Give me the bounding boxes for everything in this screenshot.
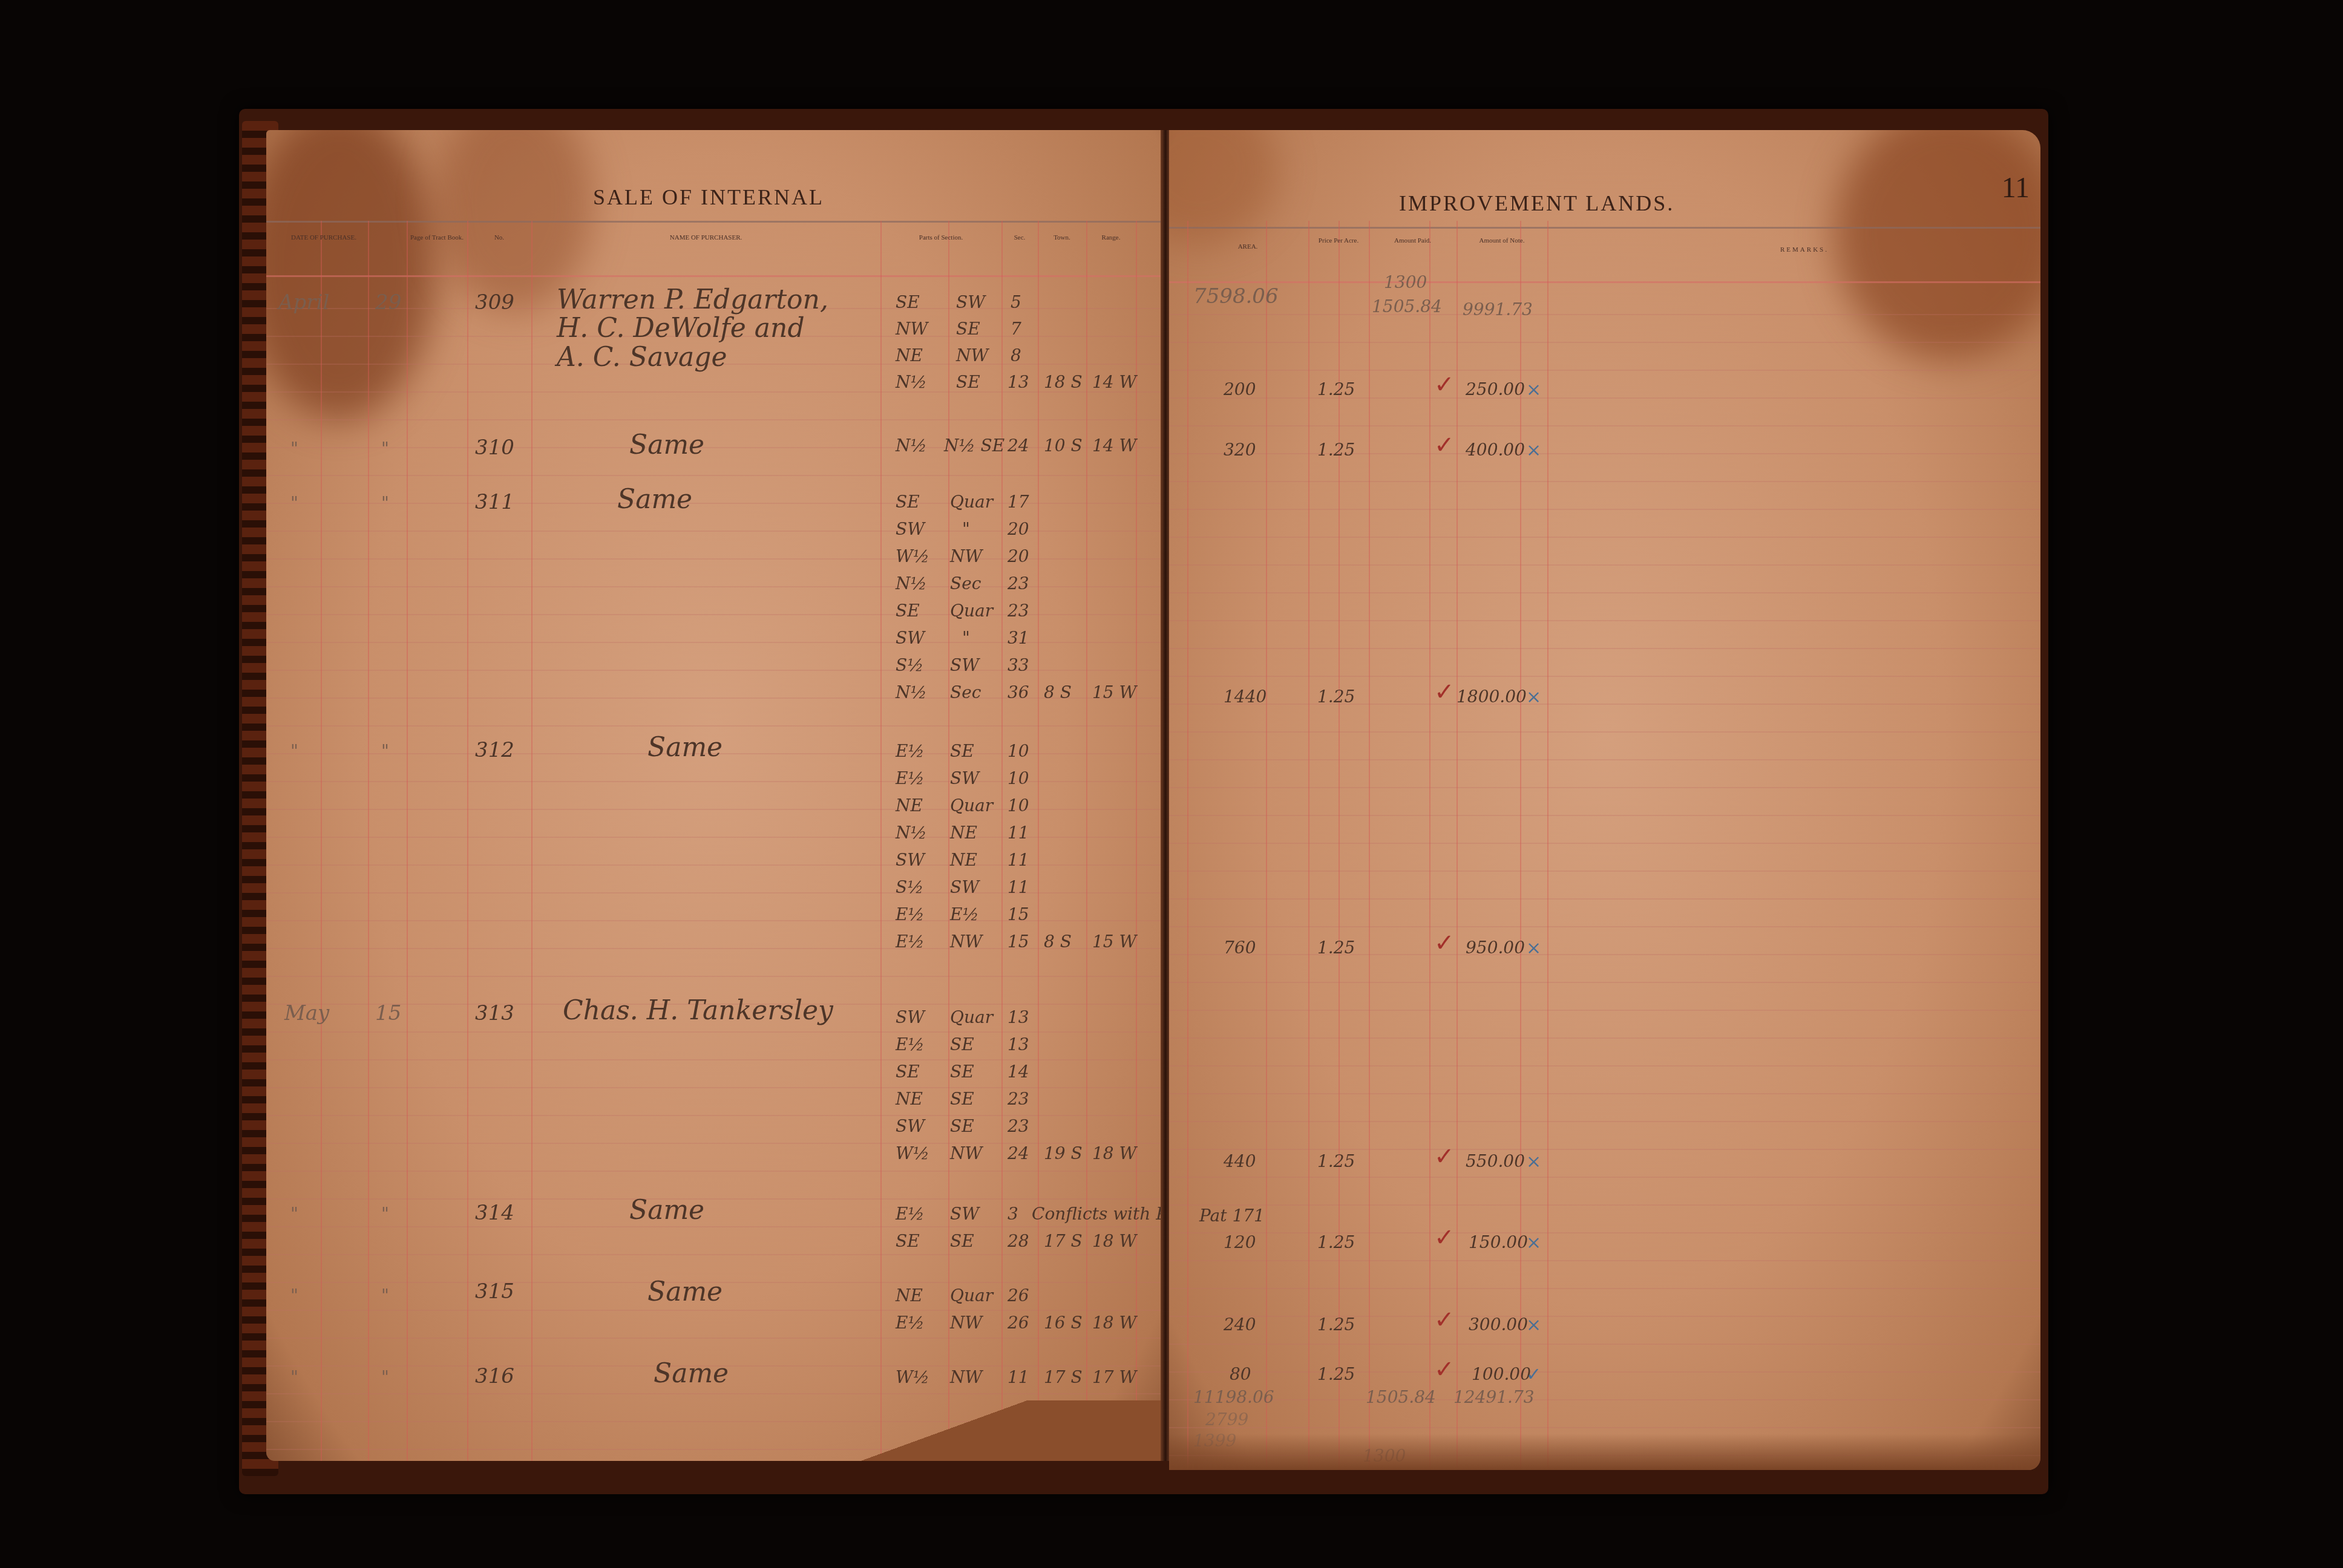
purchaser-name: H. C. DeWolfe and [557,313,805,344]
parcel-range: 15 W [1092,682,1136,702]
entry-date-month: " [290,493,298,513]
header-name: NAME OF PURCHASER. [531,233,880,243]
parcel-part: SE [896,292,920,312]
carried-note: 9991.73 [1463,299,1533,319]
purchaser-name: Chas. H. Tankersley [563,995,833,1026]
col-rule [368,221,369,1461]
parcel-quarter: Quar [950,1285,993,1305]
parcel-quarter: SE [950,1062,974,1082]
purchaser-name: Same [654,1358,729,1389]
parcel-range: 18 W [1092,1313,1136,1333]
col-rule [948,221,949,1461]
entry-no: 310 [475,436,514,460]
entry-no: 309 [475,290,514,315]
parcel-part: NE [896,1285,923,1305]
purchaser-name: A. C. Savage [557,342,727,373]
parcel-town: 18 S [1044,372,1083,392]
parcel-sec: 26 [1008,1285,1029,1305]
parcel-quarter: SW [950,655,979,675]
price-value: 1.25 [1317,440,1355,460]
header-amount-paid: Amount Paid. [1369,236,1457,246]
parcel-range: 18 W [1092,1143,1136,1163]
parcel-sec: 11 [1008,877,1029,897]
col-rule [1429,221,1430,1470]
header-parts: Parts of Section. [880,233,1001,243]
col-rule [1136,221,1137,1461]
header-amount-note: Amount of Note. [1457,236,1547,246]
parcel-sec: 11 [1008,1367,1029,1387]
header-area: AREA. [1187,242,1308,252]
parcel-part: E½ [896,904,925,924]
parcel-sec: 24 [1008,436,1029,456]
parcel-part: N½ [896,573,927,593]
entry-date-month: " [290,1285,298,1305]
parcel-quarter: SE [950,1089,974,1109]
col-rule [1086,221,1087,1461]
parcel-sec: 13 [1008,372,1029,392]
col-rule [1457,221,1458,1470]
parcel-quarter: SE [950,1034,974,1054]
parcel-quarter: Sec [950,682,981,702]
red-check-mark: ✓ [1434,1224,1455,1252]
parcel-quarter: SE [956,372,980,392]
parcel-part: SW [896,1116,925,1136]
right-page: IMPROVEMENT LANDS. 11 AREA. Price Per Ac… [1169,130,2040,1470]
price-value: 1.25 [1317,1232,1355,1252]
parcel-quarter: NE [950,850,977,870]
parcel-quarter: NW [950,1367,982,1387]
col-rule [1038,221,1039,1461]
rule-header [1169,281,2040,283]
parcel-quarter: SE [950,1231,974,1251]
entry-date-month: April [278,290,329,315]
entry-date-day: " [381,439,389,459]
entry-date-month: " [290,439,298,459]
red-check-mark: ✓ [1434,431,1455,459]
parcel-part: W½ [896,1367,929,1387]
col-rule [1187,221,1188,1470]
header-remarks: REMARKS. [1714,245,1895,255]
parcel-sec: 11 [1008,850,1029,870]
parcel-quarter: NW [950,1313,982,1333]
parcel-sec: 15 [1008,932,1029,952]
parcel-quarter: " [962,628,970,648]
red-check-mark: ✓ [1434,1143,1455,1171]
rule-header [266,275,1163,277]
parcel-sec: 36 [1008,682,1029,702]
parcel-part: SW [896,628,925,648]
red-check-mark: ✓ [1434,371,1455,399]
margin-note-pat: Pat 171 [1199,1206,1265,1226]
parcel-quarter: SW [950,877,979,897]
parcel-range: 14 W [1092,372,1136,392]
parcel-part: NE [896,345,923,365]
entry-date-month: " [290,1204,298,1224]
parcel-part: N½ [896,682,927,702]
col-rule [1520,221,1521,1470]
carried-paid-top: 1300 [1384,272,1427,292]
total-area: 11198.06 [1193,1387,1274,1407]
header-price: Price Per Acre. [1308,236,1369,246]
area-value: 320 [1224,440,1256,460]
parcel-sec: 13 [1008,1007,1029,1027]
col-rule [880,221,882,1461]
purchaser-name: Same [647,1276,723,1307]
parcel-part: SE [896,492,920,512]
parcel-quarter: SW [950,1204,979,1224]
parcel-part: N½ [896,823,927,843]
parcel-sec: 20 [1008,519,1029,539]
price-value: 1.25 [1317,1315,1355,1334]
entry-no: 312 [475,738,514,762]
parcel-sec: 13 [1008,1034,1029,1054]
note-amount: 100.00 [1472,1364,1531,1384]
blue-x-mark: × [1526,379,1541,400]
entry-date-day: " [381,741,389,761]
header-sec: Sec. [1001,233,1038,243]
parcel-quarter: " [962,519,970,539]
header-range: Range. [1086,233,1136,243]
parcel-quarter: Quar [950,1007,993,1027]
purchaser-name: Same [629,1195,704,1226]
parcel-sec: 3 [1008,1204,1018,1224]
parcel-quarter: NW [956,345,988,365]
area-value: 760 [1224,938,1256,958]
left-page: SALE OF INTERNAL DATE OF PURCHASE. Page … [266,130,1163,1461]
parcel-part: S½ [896,655,923,675]
price-value: 1.25 [1317,687,1355,707]
blue-x-mark: ✓ [1526,1364,1541,1385]
area-value: 240 [1224,1315,1256,1334]
parcel-town: 17 S [1044,1367,1083,1387]
area-value: 440 [1224,1151,1256,1171]
torn-page-corner [726,1400,1162,1461]
parcel-sec: 23 [1008,1089,1029,1109]
parcel-town: 8 S [1044,932,1072,952]
note-amount: 950.00 [1466,938,1525,958]
parcel-quarter: SE [950,741,974,761]
header-tract-page: Page of Tract Book. [407,233,467,243]
parcel-part: N½ [896,372,927,392]
parcel-quarter: Quar [950,601,993,621]
blue-x-mark: × [1526,1151,1541,1172]
faint-subtotal: 2799 [1205,1410,1248,1429]
col-rule [531,221,532,1461]
price-value: 1.25 [1317,1364,1355,1384]
red-check-mark: ✓ [1434,1356,1455,1383]
parcel-sec: 31 [1008,628,1029,648]
blue-x-mark: × [1526,1315,1541,1336]
parcel-quarter: NE [950,823,977,843]
parcel-sec: 23 [1008,1116,1029,1136]
parcel-part: E½ [896,932,925,952]
entry-date-day: 29 [375,290,401,315]
parcel-sec: 28 [1008,1231,1029,1251]
parcel-sec: 5 [1011,292,1021,312]
page-title-left: SALE OF INTERNAL [593,185,824,210]
area-value: 120 [1224,1232,1256,1252]
parcel-quarter: NW [950,546,982,566]
parcel-part: N½ [896,436,927,456]
note-amount: 250.00 [1466,379,1525,399]
red-check-mark: ✓ [1434,1306,1455,1334]
area-value: 200 [1224,379,1256,399]
parcel-sec: 26 [1008,1313,1029,1333]
parcel-part: E½ [896,1204,925,1224]
parcel-sec: 10 [1008,768,1029,788]
parcel-part: W½ [896,546,929,566]
parcel-range: 15 W [1092,932,1136,952]
parcel-part: E½ [896,768,925,788]
header-town: Town. [1038,233,1086,243]
parcel-part: NW [896,319,928,339]
parcel-part: E½ [896,1034,925,1054]
note-amount: 1800.00 [1457,687,1527,707]
blue-x-mark: × [1526,1232,1541,1253]
entry-date-day: " [381,1204,389,1224]
page-title-right: IMPROVEMENT LANDS. [1399,191,1674,216]
col-rule [1339,221,1340,1470]
parcel-part: NE [896,1089,923,1109]
total-note: 12491.73 [1453,1387,1535,1407]
parcel-quarter: E½ [950,904,979,924]
parcel-sec: 33 [1008,655,1029,675]
note-amount: 150.00 [1469,1232,1528,1252]
parcel-sec: 11 [1008,823,1029,843]
col-rule [467,221,468,1461]
ruled-lines [1169,287,2040,1470]
parcel-part: SE [896,1062,920,1082]
col-rule [407,221,408,1461]
parcel-quarter: NW [950,1143,982,1163]
header-date: DATE OF PURCHASE. [278,233,369,243]
blue-x-mark: × [1526,687,1541,708]
parcel-quarter: Sec [950,573,981,593]
parcel-sec: 10 [1008,795,1029,815]
parcel-sec: 10 [1008,741,1029,761]
parcel-quarter: N½ SE [944,436,1004,456]
entry-date-day: " [381,1367,389,1387]
carried-area: 7598.06 [1193,284,1279,309]
note-amount: 400.00 [1466,440,1525,460]
purchaser-name: Warren P. Edgarton, [557,284,828,315]
total-paid: 1505.84 [1366,1387,1436,1407]
entry-no: 311 [475,490,514,514]
page-bottom-wear [1169,1434,2040,1470]
carried-paid: 1505.84 [1372,296,1442,316]
price-value: 1.25 [1317,379,1355,399]
col-rule [1266,221,1267,1470]
parcel-part: E½ [896,741,925,761]
blue-x-mark: × [1526,440,1541,461]
parcel-sec: 23 [1008,601,1029,621]
parcel-quarter: SE [956,319,980,339]
parcel-range: 14 W [1092,436,1136,456]
entry-date-day: " [381,1285,389,1305]
price-value: 1.25 [1317,938,1355,958]
red-check-mark: ✓ [1434,678,1455,706]
purchaser-name: Same [617,484,692,515]
parcel-town: 19 S [1044,1143,1083,1163]
parcel-part: SW [896,850,925,870]
col-rule [1547,221,1548,1470]
parcel-part: NE [896,795,923,815]
price-value: 1.25 [1317,1151,1355,1171]
red-check-mark: ✓ [1434,929,1455,957]
parcel-part: SE [896,601,920,621]
parcel-town: 10 S [1044,436,1083,456]
entry-date-day: 15 [375,1001,401,1025]
parcel-sec: 17 [1008,492,1029,512]
area-value: 80 [1230,1364,1251,1384]
parcel-part: E½ [896,1313,925,1333]
parcel-quarter: NW [950,932,982,952]
parcel-sec: 7 [1011,319,1021,339]
parcel-part: SE [896,1231,920,1251]
parcel-quarter: SE [950,1116,974,1136]
parcel-quarter: Quar [950,492,993,512]
page-number: 11 [2002,171,2030,204]
blue-x-mark: × [1526,938,1541,959]
parcel-quarter: SW [956,292,985,312]
parcel-sec: 24 [1008,1143,1029,1163]
col-rule [1001,221,1003,1461]
purchaser-name: Same [647,732,723,763]
purchaser-name: Same [629,430,704,460]
parcel-part: SW [896,1007,925,1027]
entry-no: 315 [475,1279,514,1304]
note-amount: 550.00 [1466,1151,1525,1171]
area-value: 1440 [1224,687,1267,707]
entry-no: 313 [475,1001,514,1025]
parcel-sec: 14 [1008,1062,1029,1082]
parcel-sec: 8 [1011,345,1021,365]
parcel-part: SW [896,519,925,539]
entry-no: 316 [475,1364,514,1388]
parcel-part: W½ [896,1143,929,1163]
parcel-town: 16 S [1044,1313,1083,1333]
parcel-sec: 23 [1008,573,1029,593]
entry-date-month: " [290,1367,298,1387]
parcel-sec: 20 [1008,546,1029,566]
conflict-note: Conflicts with Pat 171 [1032,1204,1163,1224]
parcel-quarter: SW [950,768,979,788]
parcel-range: 17 W [1092,1367,1136,1387]
entry-date-day: " [381,493,389,513]
rule-top [1169,227,2040,229]
parcel-range: 18 W [1092,1231,1136,1251]
parcel-sec: 15 [1008,904,1029,924]
rule-top [266,221,1163,223]
parcel-town: 8 S [1044,682,1072,702]
col-rule [1369,221,1370,1470]
parcel-part: S½ [896,877,923,897]
parcel-town: 17 S [1044,1231,1083,1251]
entry-no: 314 [475,1201,514,1225]
note-amount: 300.00 [1469,1315,1528,1334]
parcel-quarter: Quar [950,795,993,815]
col-rule [1308,221,1309,1470]
col-rule [321,221,322,1461]
header-no: No. [467,233,531,243]
entry-date-month: " [290,741,298,761]
entry-date-month: May [284,1001,329,1025]
